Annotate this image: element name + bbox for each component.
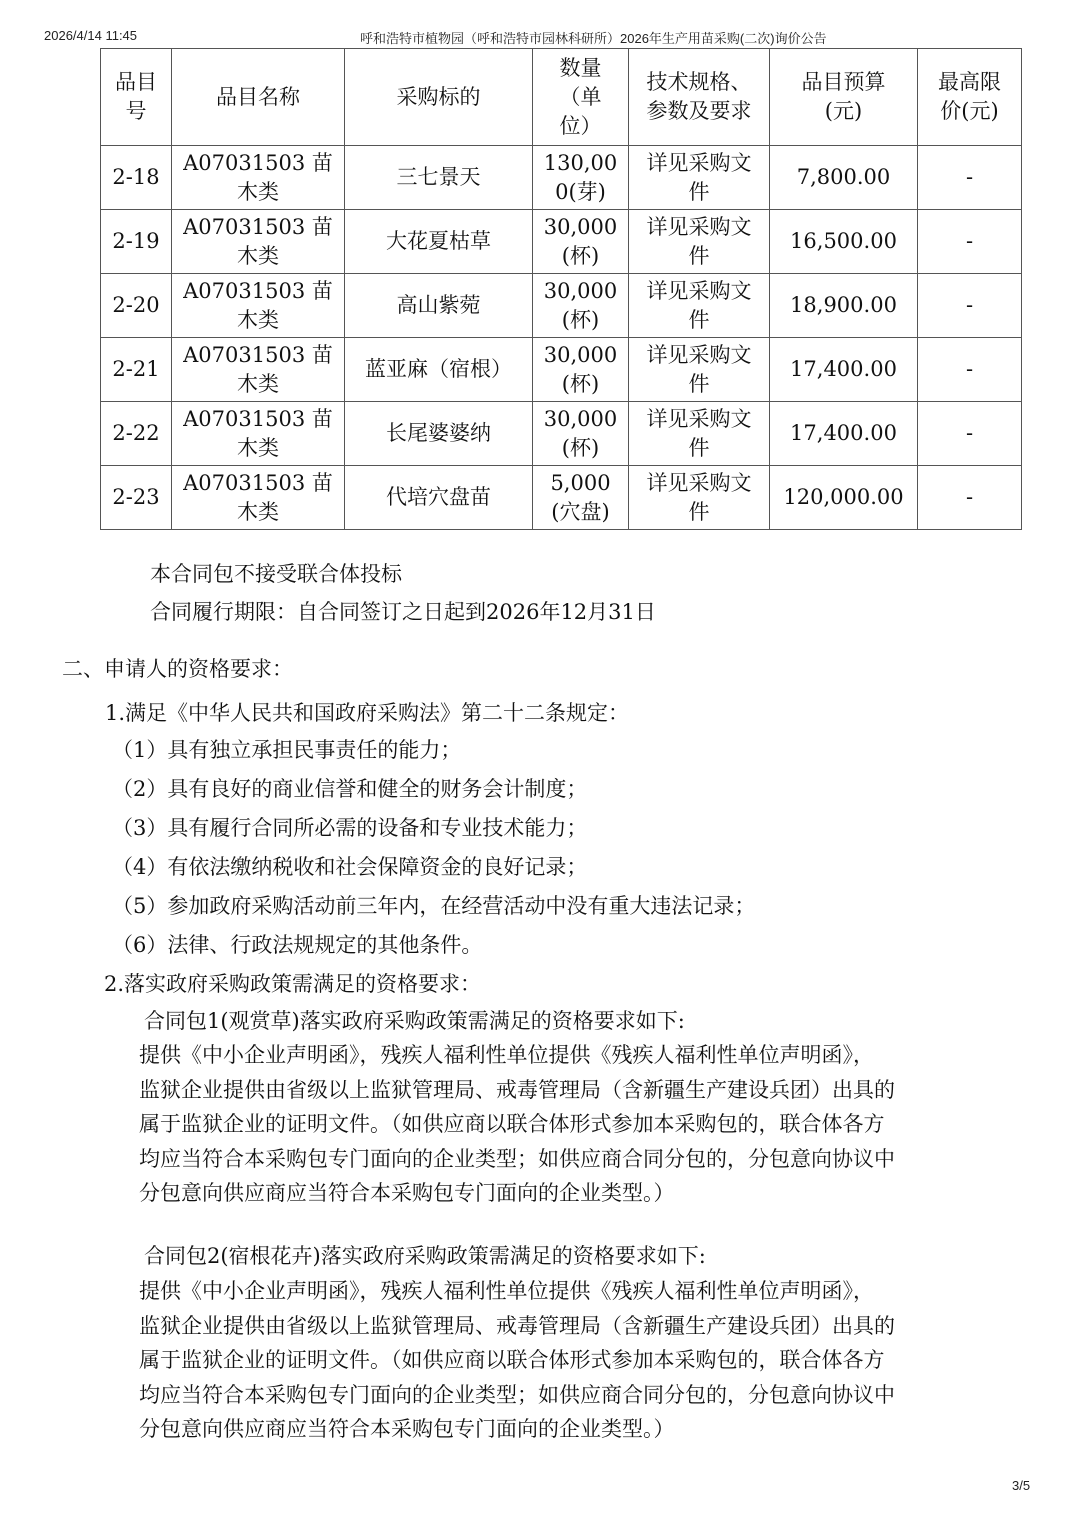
item-name: A07031503 苗木类 <box>172 146 345 210</box>
item-budget: 16,500.00 <box>770 210 918 274</box>
item-quantity: 30,000(杯) <box>533 402 629 466</box>
item-max-price: - <box>918 210 1022 274</box>
item-target: 蓝亚麻（宿根） <box>345 338 533 402</box>
item-target: 大花夏枯草 <box>345 210 533 274</box>
package-1-title: 合同包1(观赏草)落实政府采购政策需满足的资格要求如下: <box>144 1005 685 1035</box>
item-target: 三七景天 <box>345 146 533 210</box>
item-name: A07031503 苗木类 <box>172 402 345 466</box>
item-spec: 详见采购文件 <box>629 274 770 338</box>
item-max-price: - <box>918 402 1022 466</box>
document-title: 呼和浩特市植物园（呼和浩特市园林科研所）2026年生产用苗采购(二次)询价公告 <box>360 28 827 47</box>
requirement-item: （4）有依法缴纳税收和社会保障资金的良好记录； <box>112 851 587 881</box>
item-no: 2-21 <box>101 338 172 402</box>
item-quantity: 130,000(芽) <box>533 146 629 210</box>
item-quantity: 5,000(穴盘) <box>533 466 629 530</box>
requirement-item: （2）具有良好的商业信誉和健全的财务会计制度； <box>112 773 587 803</box>
item-budget: 17,400.00 <box>770 338 918 402</box>
no-consortium-note: 本合同包不接受联合体投标 <box>150 558 402 588</box>
item-spec: 详见采购文件 <box>629 466 770 530</box>
item-name: A07031503 苗木类 <box>172 466 345 530</box>
item-no: 2-23 <box>101 466 172 530</box>
item-max-price: - <box>918 274 1022 338</box>
item-spec: 详见采购文件 <box>629 210 770 274</box>
item-max-price: - <box>918 466 1022 530</box>
page-number: 3/5 <box>1012 1478 1030 1493</box>
package-2-title: 合同包2(宿根花卉)落实政府采购政策需满足的资格要求如下: <box>144 1240 706 1270</box>
item-budget: 18,900.00 <box>770 274 918 338</box>
item-max-price: - <box>918 146 1022 210</box>
item-no: 2-18 <box>101 146 172 210</box>
header-max-price: 最高限价(元) <box>918 49 1022 146</box>
item-budget: 120,000.00 <box>770 466 918 530</box>
item-budget: 7,800.00 <box>770 146 918 210</box>
requirement-1-title: 1.满足《中华人民共和国政府采购法》第二十二条规定： <box>105 697 629 727</box>
item-name: A07031503 苗木类 <box>172 338 345 402</box>
header-item-name: 品目名称 <box>172 49 345 146</box>
item-max-price: - <box>918 338 1022 402</box>
table-row: 2-18 A07031503 苗木类 三七景天 130,000(芽) 详见采购文… <box>101 146 1022 210</box>
table-row: 2-21 A07031503 苗木类 蓝亚麻（宿根） 30,000(杯) 详见采… <box>101 338 1022 402</box>
item-no: 2-19 <box>101 210 172 274</box>
section-heading: 二、申请人的资格要求： <box>62 653 293 683</box>
items-table: 品目号 品目名称 采购标的 数量（单位） 技术规格、参数及要求 品目预算(元) … <box>100 48 1022 530</box>
header-item-no: 品目号 <box>101 49 172 146</box>
header-quantity: 数量（单位） <box>533 49 629 146</box>
item-spec: 详见采购文件 <box>629 402 770 466</box>
item-no: 2-22 <box>101 402 172 466</box>
item-quantity: 30,000(杯) <box>533 210 629 274</box>
item-spec: 详见采购文件 <box>629 338 770 402</box>
package-2-body: 提供《中小企业声明函》，残疾人福利性单位提供《残疾人福利性单位声明函》， 监狱企… <box>139 1274 1019 1447</box>
header-budget: 品目预算(元) <box>770 49 918 146</box>
item-budget: 17,400.00 <box>770 402 918 466</box>
requirement-2-title: 2.落实政府采购政策需满足的资格要求： <box>104 968 481 998</box>
item-name: A07031503 苗木类 <box>172 274 345 338</box>
table-row: 2-20 A07031503 苗木类 高山紫菀 30,000(杯) 详见采购文件… <box>101 274 1022 338</box>
item-target: 代培穴盘苗 <box>345 466 533 530</box>
item-target: 高山紫菀 <box>345 274 533 338</box>
item-quantity: 30,000(杯) <box>533 338 629 402</box>
table-row: 2-23 A07031503 苗木类 代培穴盘苗 5,000(穴盘) 详见采购文… <box>101 466 1022 530</box>
item-quantity: 30,000(杯) <box>533 274 629 338</box>
item-no: 2-20 <box>101 274 172 338</box>
requirement-item: （5）参加政府采购活动前三年内，在经营活动中没有重大违法记录； <box>112 890 755 920</box>
requirement-item: （1）具有独立承担民事责任的能力； <box>112 734 461 764</box>
table-row: 2-19 A07031503 苗木类 大花夏枯草 30,000(杯) 详见采购文… <box>101 210 1022 274</box>
table-row: 2-22 A07031503 苗木类 长尾婆婆纳 30,000(杯) 详见采购文… <box>101 402 1022 466</box>
table-header-row: 品目号 品目名称 采购标的 数量（单位） 技术规格、参数及要求 品目预算(元) … <box>101 49 1022 146</box>
requirement-item: （6）法律、行政法规规定的其他条件。 <box>112 929 482 959</box>
header-target: 采购标的 <box>345 49 533 146</box>
print-datetime: 2026/4/14 11:45 <box>44 28 137 43</box>
item-name: A07031503 苗木类 <box>172 210 345 274</box>
header-spec: 技术规格、参数及要求 <box>629 49 770 146</box>
item-spec: 详见采购文件 <box>629 146 770 210</box>
package-1-body: 提供《中小企业声明函》，残疾人福利性单位提供《残疾人福利性单位声明函》， 监狱企… <box>139 1038 1019 1211</box>
requirement-item: （3）具有履行合同所必需的设备和专业技术能力； <box>112 812 587 842</box>
item-target: 长尾婆婆纳 <box>345 402 533 466</box>
contract-period-note: 合同履行期限：自合同签订之日起到2026年12月31日 <box>150 596 656 626</box>
